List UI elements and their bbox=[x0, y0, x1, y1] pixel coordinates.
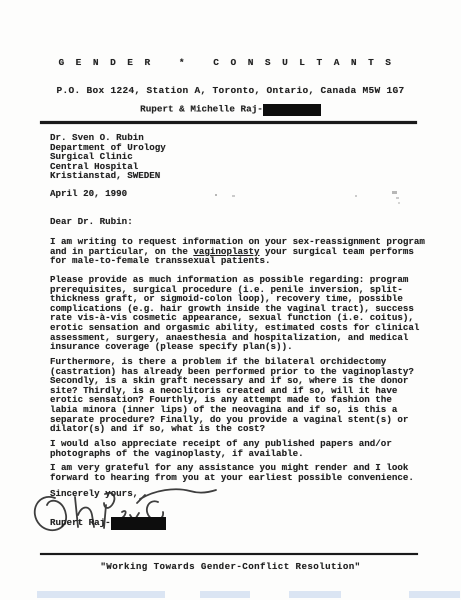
scan-artifact bbox=[355, 195, 357, 197]
letterhead-contacts: Rupert & Michelle Raj- bbox=[0, 103, 461, 115]
body-paragraph-5: I am very grateful for any assistance yo… bbox=[50, 463, 414, 482]
scan-artifact bbox=[392, 191, 397, 194]
salutation: Dear Dr. Rubin: bbox=[50, 217, 133, 227]
scan-artifact bbox=[396, 197, 399, 199]
redaction-bar-header bbox=[263, 104, 321, 116]
body-paragraph-4: I would also appreciate receipt of any p… bbox=[50, 439, 392, 458]
scan-artifact-blue-bar bbox=[200, 591, 250, 598]
valediction: Sincerely yours, bbox=[50, 489, 138, 499]
body-paragraph-3: Furthermore, is there a problem if the b… bbox=[50, 357, 414, 434]
signer-name-line: Rupert Raj- bbox=[50, 516, 166, 529]
letterhead-org-name: GENDER * CONSULTANTS bbox=[0, 57, 461, 68]
footer-slogan: "Working Towards Gender-Conflict Resolut… bbox=[0, 561, 461, 572]
header-rule bbox=[40, 121, 417, 124]
scan-artifact-blue-bar bbox=[37, 591, 165, 598]
recipient-line: Kristianstad, SWEDEN bbox=[50, 171, 166, 181]
redaction-bar-signature bbox=[111, 517, 166, 530]
body-paragraph-1: I am writing to request information on y… bbox=[50, 237, 425, 266]
body-paragraph-2: Please provide as much information as po… bbox=[50, 275, 419, 352]
scan-artifact bbox=[398, 202, 400, 204]
scan-artifact-blue-bar bbox=[409, 591, 460, 598]
signer-name: Rupert Raj- bbox=[50, 517, 111, 528]
letter-page: GENDER * CONSULTANTS P.O. Box 1224, Stat… bbox=[0, 0, 461, 600]
recipient-address-block: Dr. Sven O. RubinDepartment of UrologySu… bbox=[50, 133, 166, 181]
scan-artifact-blue-bar bbox=[289, 591, 341, 598]
scan-artifact bbox=[215, 194, 217, 196]
letterhead-address: P.O. Box 1224, Station A, Toronto, Ontar… bbox=[0, 85, 461, 96]
letterhead-contact-names: Rupert & Michelle Raj- bbox=[140, 103, 263, 114]
scan-artifact bbox=[232, 195, 235, 197]
footer-rule bbox=[40, 553, 418, 555]
letter-date: April 20, 1990 bbox=[50, 189, 127, 199]
